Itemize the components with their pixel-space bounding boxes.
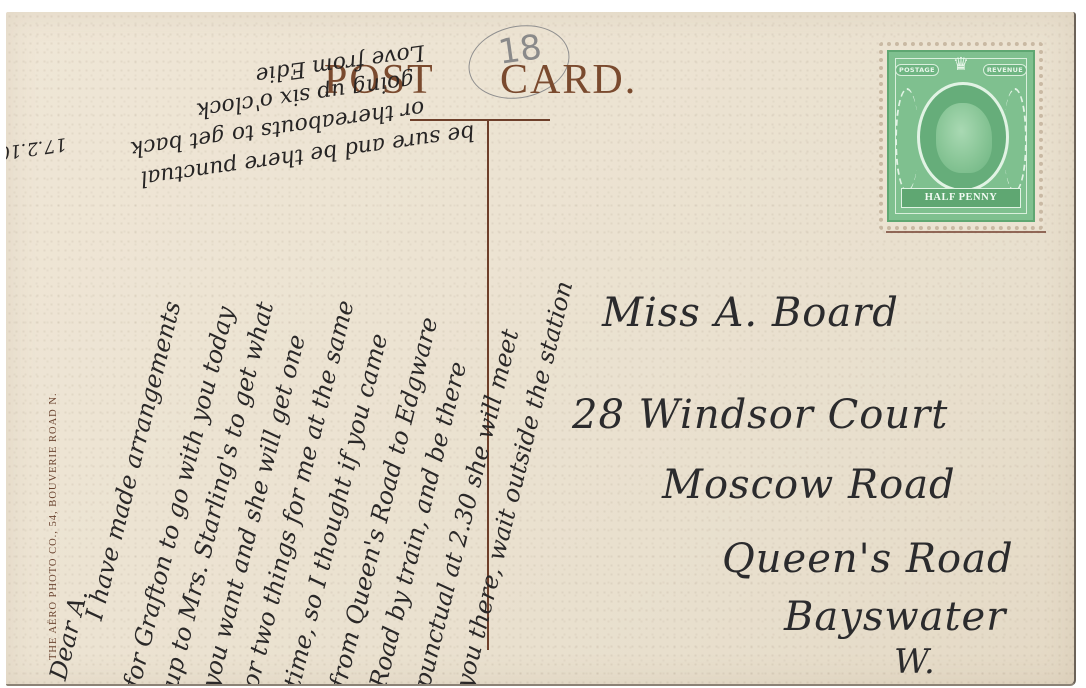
stamp-postage-label: POSTAGE bbox=[895, 64, 939, 76]
heading-card: CARD. bbox=[500, 56, 637, 104]
stamp-face: ♛ POSTAGE REVENUE HALF PENNY bbox=[887, 50, 1035, 222]
postcard-back: 18 POST CARD. THE AËRO PHOTO CO., 54, BO… bbox=[6, 12, 1076, 686]
stamp-value: HALF PENNY bbox=[901, 188, 1021, 208]
stamp-portrait-frame bbox=[917, 82, 1009, 192]
address-line: Queen's Road bbox=[722, 536, 1014, 582]
address-line: Miss A. Board bbox=[602, 290, 899, 336]
stamp-revenue-label: REVENUE bbox=[983, 64, 1027, 76]
king-portrait-icon bbox=[936, 103, 992, 173]
divider-horizontal bbox=[410, 119, 550, 121]
laurel-wreath-icon bbox=[895, 88, 919, 192]
date-note: 17.2.10 bbox=[6, 133, 68, 163]
postage-stamp: ♛ POSTAGE REVENUE HALF PENNY bbox=[879, 42, 1043, 230]
address-line: Moscow Road bbox=[662, 462, 956, 508]
stamp-underline bbox=[886, 231, 1046, 233]
stamp-banner: POSTAGE REVENUE bbox=[895, 64, 1027, 76]
address-line: Bayswater bbox=[784, 594, 1006, 640]
address-line: W. bbox=[894, 642, 936, 682]
address-line: 28 Windsor Court bbox=[572, 392, 948, 438]
